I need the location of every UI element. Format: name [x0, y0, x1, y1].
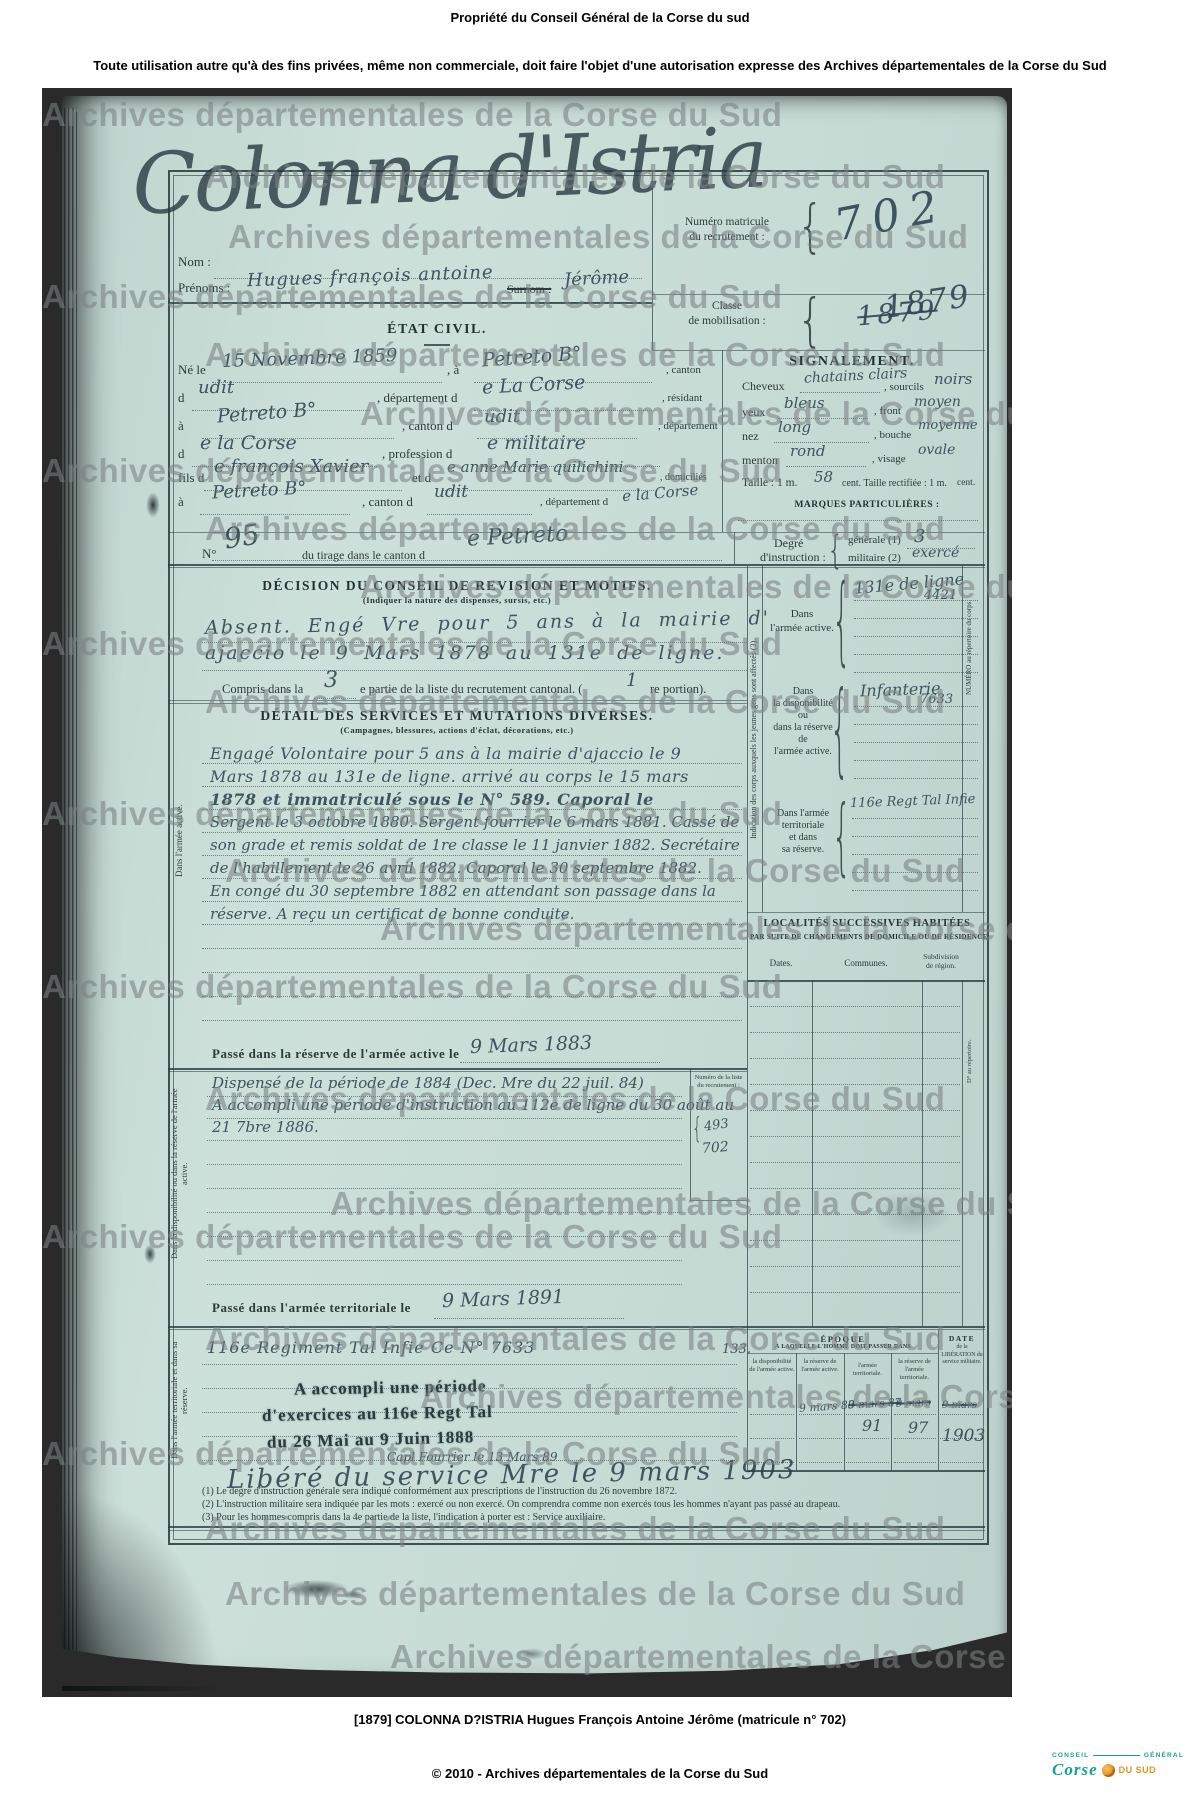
paper-stain — [517, 1648, 547, 1660]
classe-brace: { — [797, 292, 824, 349]
departement3-label: , département d — [540, 496, 608, 508]
rule — [202, 1364, 737, 1365]
matricule-brace: { — [797, 198, 824, 255]
services-line-6: de l'habillement le 26 avril 1882. Capor… — [210, 859, 702, 877]
departement2-label: , département — [658, 420, 718, 432]
moors-head-icon — [1102, 1764, 1115, 1777]
book-page: Colonna d'Istria Nom : Prénoms : Hugues … — [62, 96, 1007, 1684]
rule — [747, 980, 985, 982]
rule — [202, 924, 742, 925]
num-box-value-2: 702 — [701, 1139, 729, 1157]
page-bottom-shadow — [60, 1596, 1009, 1686]
rule — [750, 1006, 960, 1007]
rule — [750, 1136, 960, 1137]
degre-generale-value: 3 — [914, 526, 925, 547]
rule — [854, 636, 978, 637]
rule — [854, 760, 978, 761]
rule — [750, 1462, 794, 1463]
page-header-usage-line: Toute utilisation autre qu'à des fins pr… — [0, 58, 1200, 73]
logo-general-text: GÉNÉRAL — [1144, 1752, 1184, 1759]
a-label: , à — [447, 362, 459, 378]
canton2-label: , canton d — [402, 418, 453, 434]
passe-reserve-value: 9 Mars 1883 — [470, 1032, 593, 1058]
rule — [202, 878, 742, 879]
front-label: , front — [874, 405, 901, 417]
localites-title: LOCALITÉS SUCCESSIVES HABITÉES — [752, 918, 982, 929]
section-rule — [168, 302, 652, 304]
logo-corse-text: Corse — [1052, 1760, 1098, 1780]
degre-militaire-value: exercé — [912, 545, 959, 561]
epoque-value-4-old: 9 mars — [896, 1397, 931, 1410]
active-brace: { — [832, 576, 851, 672]
rule — [747, 912, 985, 913]
rule — [202, 809, 742, 810]
rule — [690, 1200, 747, 1201]
date-subtitle: de la LIBÉRATION du service militaire. — [940, 1344, 984, 1367]
rule — [750, 1058, 960, 1059]
rule — [202, 670, 747, 671]
rule — [962, 980, 963, 1326]
footnote-3: (3) Pour les hommes compris dans la 4e p… — [202, 1512, 977, 1523]
conseil-general-logo: CONSEIL GÉNÉRAL Corse DU SUD — [1052, 1752, 1184, 1780]
stamp-line-2: d'exercices au 116e Regt Tal — [262, 1402, 493, 1426]
profession-value: e militaire — [487, 432, 586, 454]
rule — [854, 672, 978, 673]
rule — [894, 1462, 936, 1463]
marques-label: MARQUES PARTICULIÈRES : — [762, 500, 972, 510]
taille-cent-label: cent. — [957, 478, 975, 488]
rule — [202, 901, 742, 902]
canton1-value: udit — [198, 377, 234, 398]
band-top-rule — [168, 532, 985, 533]
num-box-label: Numéro de la liste du recrutement : — [692, 1074, 745, 1091]
nez-label: nez — [742, 429, 759, 444]
repertoire-side-label: NUMÉRO au répertoire du corps. — [965, 572, 973, 722]
surnom-label: Surnom : — [507, 282, 551, 297]
rule — [854, 618, 978, 619]
rule — [940, 1438, 983, 1439]
menton-label: menton — [742, 453, 778, 468]
rule — [799, 1462, 842, 1463]
rule — [427, 514, 532, 515]
rule — [750, 1188, 960, 1189]
document-caption: [1879] COLONNA D?ISTRIA Hugues François … — [0, 1712, 1200, 1727]
services-line-8: réserve. A reçu un certificat de bonne c… — [210, 905, 574, 923]
localites-side-label: D° au répertoire. — [966, 996, 973, 1126]
etat-sig-divider — [722, 350, 723, 532]
rule — [940, 1462, 983, 1463]
rule — [750, 1110, 960, 1111]
tirage-canton-value: e Petreto — [466, 521, 568, 551]
canton3-label: , canton d — [362, 494, 413, 510]
ink-stain — [146, 492, 160, 518]
num-box-divider — [690, 1068, 691, 1201]
rule — [168, 1329, 985, 1330]
rule — [168, 703, 747, 704]
rule — [202, 1436, 737, 1437]
degre-generale-label: générale (1) — [848, 534, 901, 546]
rule — [460, 1062, 660, 1063]
services-side-label: Dans l'armée active. — [174, 736, 184, 946]
departement1-label: , département d — [377, 390, 458, 406]
decision-title: DÉCISION DU CONSEIL DE REVISION ET MOTIF… — [232, 578, 682, 594]
rule — [202, 972, 742, 973]
taille-label: Taille : 1 m. — [742, 477, 797, 489]
rule — [750, 1032, 960, 1033]
compris-label-3: re portion). — [650, 682, 706, 697]
epoque-col-4: la réserve de l'armée territoriale. — [893, 1358, 936, 1382]
rule — [202, 1388, 737, 1389]
compris-label-2: e partie de la liste du recrutement cant… — [360, 682, 582, 697]
rule — [852, 836, 978, 837]
prenoms-label: Prénoms : — [178, 280, 230, 296]
decision-subtitle: (Indiquer la nature des dispenses, sursi… — [302, 595, 612, 605]
rule — [854, 654, 978, 655]
armee-active-label-1: Dans — [764, 608, 840, 620]
degre-label-1: Degré — [774, 536, 803, 551]
visage-value: ovale — [918, 442, 955, 458]
terr-line-1: 116e Regiment Tal Infie Ce N° 7633 — [207, 1338, 535, 1357]
d1-label: d — [178, 390, 185, 406]
rule — [894, 1438, 936, 1439]
etat-civil-title-underline — [424, 344, 450, 346]
d3-label: d — [178, 446, 185, 462]
signalement-top-rule — [652, 350, 985, 351]
rule — [940, 1414, 983, 1415]
services-line-4: Sergent le 3 octobre 1880. Sergent fourr… — [210, 813, 739, 831]
rule — [314, 698, 356, 699]
rule — [200, 514, 350, 515]
classe-label-1: Classe — [662, 300, 792, 312]
a2-label: à — [178, 418, 184, 434]
rule — [168, 1326, 985, 1328]
rule — [168, 567, 985, 568]
dispo-line-2: A accompli une période d'instruction au … — [212, 1096, 734, 1114]
rule — [846, 1438, 889, 1439]
classe-label-2: de mobilisation : — [662, 315, 792, 327]
localites-col-communes: Communes. — [816, 958, 916, 968]
rule — [852, 854, 978, 855]
yeux-label: yeux — [742, 405, 765, 420]
epoque-col-1: la disponibilité de l'armée active. — [749, 1358, 795, 1374]
degre-label-2: d'instruction : — [760, 550, 826, 565]
page-header-property-line: Propriété du Conseil Général de la Corse… — [0, 10, 1200, 25]
rule — [202, 1412, 737, 1413]
ink-smudge — [342, 1590, 364, 1599]
rule — [854, 724, 978, 725]
canton3-value: udit — [434, 482, 468, 502]
compris-label-1: Compris dans la — [222, 682, 303, 697]
localites-col-subdivision: Subdivision de région. — [920, 952, 962, 970]
epoque-value-4-new: 97 — [908, 1418, 928, 1437]
logo-divider-line — [1093, 1755, 1140, 1756]
rule — [894, 1414, 936, 1415]
logo-bottom-row: Corse DU SUD — [1052, 1760, 1184, 1780]
rule — [434, 1318, 624, 1319]
armee-active-label-2: l'armée active. — [764, 622, 840, 634]
yeux-value: bleus — [784, 394, 825, 412]
services-line-1: Engagé Volontaire pour 5 ans à la mairie… — [210, 744, 681, 763]
rule — [168, 1068, 747, 1070]
bouche-label: , bouche — [874, 429, 911, 441]
rule — [202, 855, 742, 856]
logo-du-sud-text: DU SUD — [1119, 1765, 1157, 1775]
departement3-value: e la Corse — [200, 432, 297, 454]
dispo-side-label: Dans la disponibilité ou dans la réserve… — [170, 1081, 200, 1266]
services-line-5: son grade et remis soldat de 1re classe … — [210, 836, 740, 854]
rule — [168, 1526, 985, 1528]
etat-civil-title: ÉTAT CIVIL. — [327, 322, 547, 338]
decision-line-2: ajaccio le 9 Mars 1878 au 131e de ligne. — [205, 642, 724, 664]
terr-number-133: 133. — [722, 1342, 751, 1357]
rule — [168, 564, 985, 566]
visage-label: , visage — [872, 453, 906, 465]
corps-side-label: Indication des corps auxquels les jeunes… — [749, 574, 758, 904]
rule — [846, 1462, 889, 1463]
a3-label: à — [178, 494, 184, 510]
rule — [891, 1353, 892, 1470]
rule — [202, 1020, 742, 1021]
rule — [168, 1071, 747, 1072]
rule — [750, 1292, 960, 1293]
services-title: DÉTAIL DES SERVICES ET MUTATIONS DIVERSE… — [207, 708, 707, 724]
rule — [846, 1414, 889, 1415]
epoque-col-3: l'armée territoriale. — [846, 1362, 889, 1378]
date-value-new: 1903 — [942, 1426, 985, 1446]
compris-portion-value: 1 — [626, 670, 637, 691]
rule — [207, 1284, 682, 1285]
rule — [750, 1438, 794, 1439]
et-d-label: et d — [412, 470, 431, 486]
epoque-title: ÉPOQUE — [748, 1334, 938, 1344]
rule — [854, 742, 978, 743]
degre-militaire-label: militaire (2) — [848, 552, 901, 564]
epoque-subtitle: À LAQUELLE L'HOMME DOIT PASSER DANS — [748, 1344, 938, 1350]
fils-label: fils d — [178, 470, 204, 486]
rule — [750, 1162, 960, 1163]
epoque-value-3-new: 91 — [862, 1416, 882, 1435]
rule — [750, 1084, 960, 1085]
passe-territoriale-label: Passé dans l'armée territoriale le — [212, 1300, 411, 1316]
rule — [207, 1188, 682, 1189]
rule — [212, 560, 722, 561]
rule — [168, 1530, 985, 1531]
rule — [750, 1266, 960, 1267]
residant-label: , résidant — [662, 392, 702, 404]
num-box-brace: { — [692, 1114, 702, 1143]
matricule-label-2: du recrutement : — [662, 231, 792, 243]
rule — [799, 1414, 842, 1415]
canton2-value: udit — [484, 406, 520, 427]
rule — [747, 1353, 938, 1354]
rule — [207, 1212, 682, 1213]
rule — [207, 1140, 682, 1141]
rule — [854, 600, 978, 601]
rule — [796, 1353, 797, 1470]
rule — [750, 1214, 960, 1215]
rule — [786, 466, 866, 467]
bouche-value: moyenne — [918, 418, 978, 433]
dispo-line-1: Dispensé de la période de 1884 (Dec. Mre… — [212, 1074, 644, 1092]
rule — [212, 382, 442, 383]
rule — [202, 948, 742, 949]
copyright-line: © 2010 - Archives départementales de la … — [0, 1766, 1200, 1781]
footnote-2: (2) L'instruction militaire sera indiqué… — [202, 1499, 977, 1510]
date-value-old: 9 mars — [942, 1400, 977, 1411]
epoque-col-2: la réserve de l'armée active. — [798, 1358, 842, 1374]
nom-label: Nom : — [178, 254, 211, 270]
ne-le-label: Né le — [178, 362, 206, 378]
rule — [799, 1438, 842, 1439]
cheveux-label: Cheveux — [742, 379, 785, 394]
logo-top-row: CONSEIL GÉNÉRAL — [1052, 1752, 1184, 1759]
footnote-1: (1) Le degré d'instruction générale sera… — [202, 1486, 977, 1497]
scan-area: Colonna d'Istria Nom : Prénoms : Hugues … — [42, 88, 1012, 1697]
rule — [750, 1240, 960, 1241]
rule — [207, 1164, 682, 1165]
taille-rectifiee-label: cent. Taille rectifiée : 1 m. — [842, 478, 947, 489]
taille-value: 58 — [814, 468, 833, 486]
rule — [747, 1470, 985, 1472]
nez-value: long — [778, 418, 811, 436]
dispo-brace: { — [830, 682, 849, 784]
rule — [800, 392, 880, 393]
profession-label: , profession d — [382, 446, 452, 462]
terr-side-label: Dans l'armée territoriale et dans sa rés… — [170, 1338, 200, 1463]
rule — [207, 1236, 682, 1237]
corps-dispo-number: 7633 — [920, 692, 953, 707]
sourcils-label: , sourcils — [884, 381, 924, 393]
rule — [854, 778, 978, 779]
canton-label: , canton — [666, 364, 701, 376]
localites-col-dates: Dates. — [752, 958, 810, 968]
ink-smudge — [284, 1580, 348, 1598]
rule — [854, 706, 978, 707]
passe-territoriale-value: 9 Mars 1891 — [442, 1286, 565, 1312]
terr-brace: { — [832, 798, 851, 882]
sourcils-value: noirs — [934, 370, 972, 388]
rule — [202, 832, 742, 833]
father-value: e françois Xavier — [214, 456, 368, 477]
mother-value: e anne Marie quilichini — [447, 458, 623, 476]
passe-reserve-label: Passé dans la réserve de l'armée active … — [212, 1046, 459, 1062]
surnom-value: Jérôme — [563, 266, 629, 290]
compris-partie-value: 3 — [324, 668, 338, 693]
logo-conseil-text: CONSEIL — [1052, 1752, 1089, 1759]
rule — [168, 700, 747, 701]
rule — [852, 872, 978, 873]
band-divider — [734, 532, 735, 564]
menton-value: rond — [790, 442, 825, 460]
rule — [938, 1330, 939, 1470]
rule — [202, 786, 742, 787]
services-line-7: En congé du 30 septembre 1882 en attenda… — [210, 882, 716, 900]
rule — [750, 1414, 794, 1415]
rule — [202, 996, 742, 997]
dispo-line-3: 21 7bre 1886. — [212, 1118, 319, 1136]
services-line-3: 1878 et immatriculé sous le N° 589. Capo… — [210, 790, 654, 809]
rule — [202, 763, 742, 764]
book-page-edges — [64, 108, 77, 1663]
rule — [207, 1260, 682, 1261]
rule — [738, 520, 978, 521]
date-title: DATE — [940, 1334, 984, 1343]
matricule-label-1: Numéro matricule — [662, 216, 792, 228]
rule — [852, 890, 978, 891]
tirage-no-value: 95 — [222, 517, 262, 555]
services-subtitle: (Campagnes, blessures, actions d'éclat, … — [257, 725, 657, 735]
ink-stain — [144, 1244, 156, 1264]
localites-subtitle: PAR SUITE DE CHANGEMENTS DE DOMICILE OU … — [750, 933, 984, 941]
rule — [852, 818, 978, 819]
front-value: moyen — [914, 394, 961, 410]
services-line-2: Mars 1878 au 131e de ligne. arrivé au co… — [210, 767, 689, 786]
